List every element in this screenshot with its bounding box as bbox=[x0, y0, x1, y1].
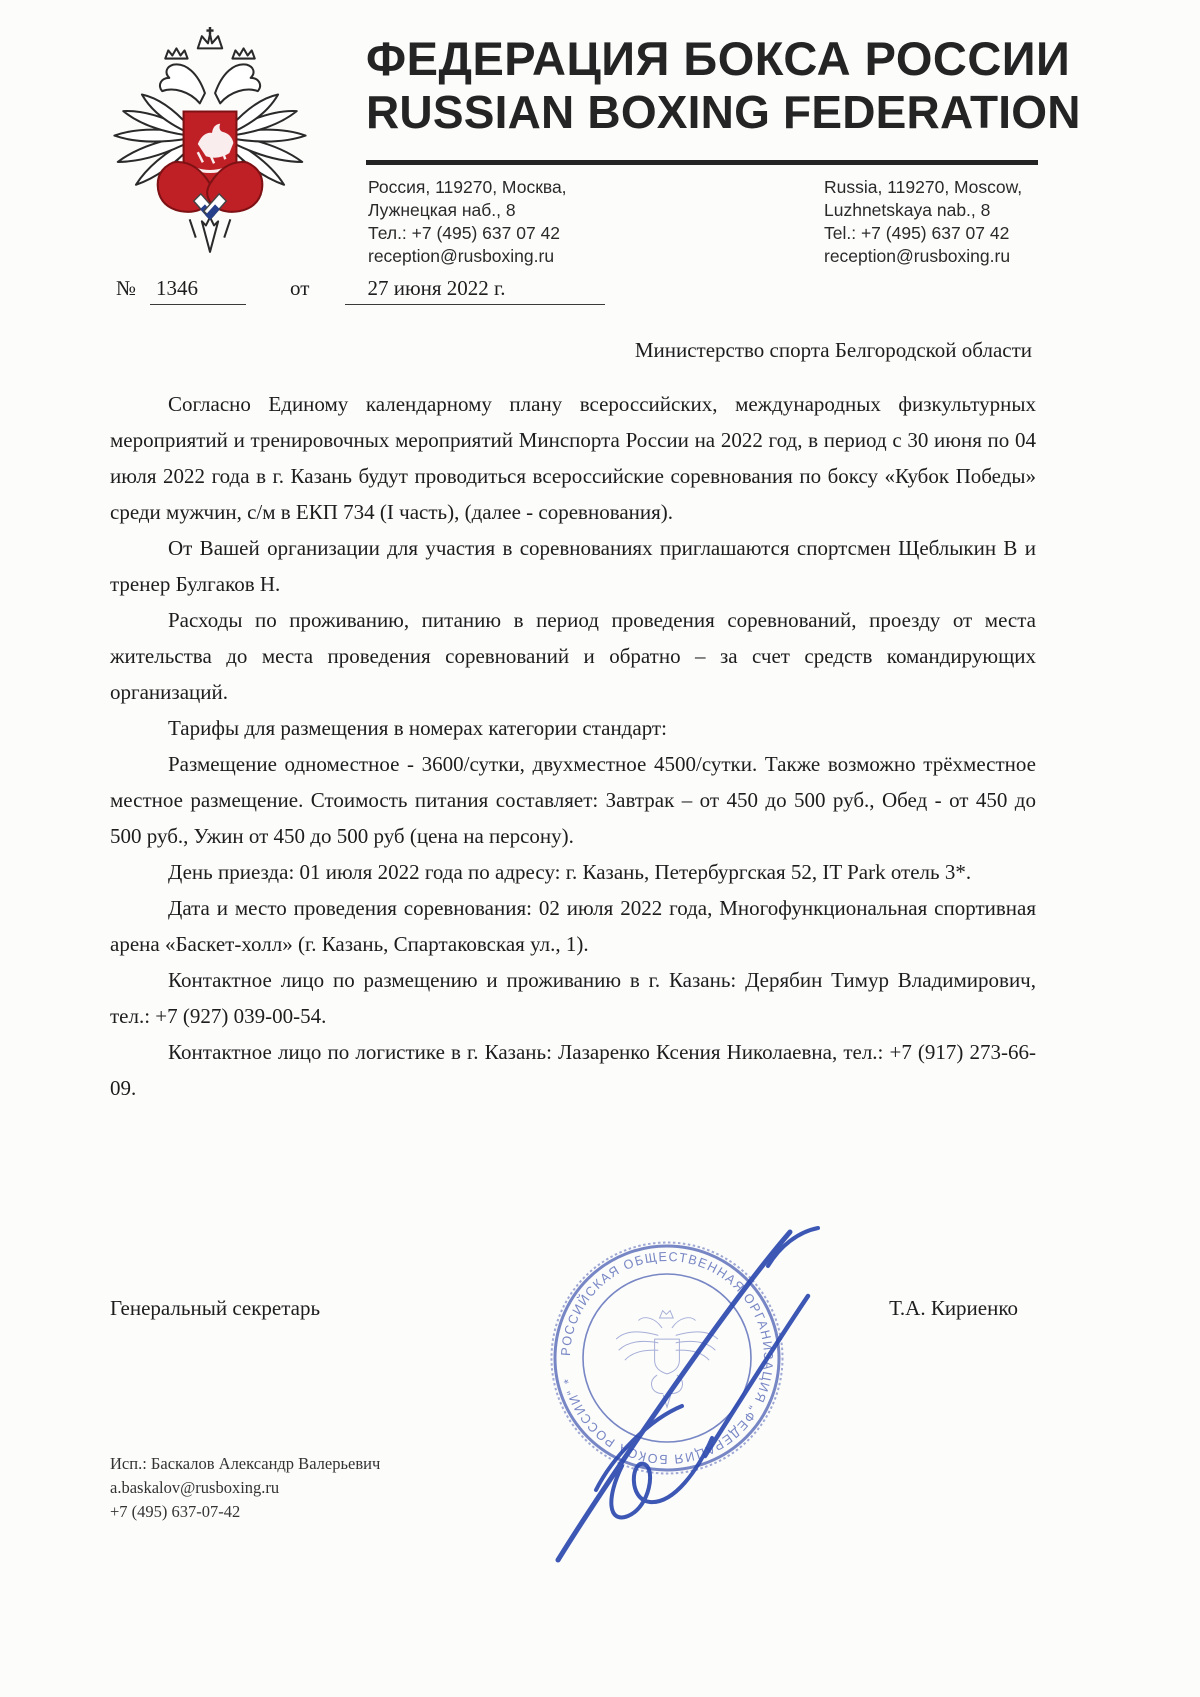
address-en-line: Tel.: +7 (495) 637 07 42 bbox=[824, 222, 1022, 245]
address-ru-line: Тел.: +7 (495) 637 07 42 bbox=[368, 222, 567, 245]
header-divider bbox=[366, 160, 1038, 165]
paragraph: Дата и место проведения соревнования: 02… bbox=[110, 890, 1036, 962]
executor-name: Исп.: Баскалов Александр Валерьевич bbox=[110, 1452, 380, 1476]
address-ru-line: Лужнецкая наб., 8 bbox=[368, 199, 567, 222]
letter-number: 1346 bbox=[150, 276, 246, 305]
letter-date: 27 июня 2022 г. bbox=[345, 276, 605, 305]
official-stamp: РОССИЙСКАЯ ОБЩЕСТВЕННАЯ ОРГАНИЗАЦИЯ „ФЕД… bbox=[500, 1168, 844, 1576]
signer-title: Генеральный секретарь bbox=[110, 1296, 320, 1321]
reference-line: № 1346 от 27 июня 2022 г. bbox=[116, 276, 605, 305]
paragraph: Контактное лицо по логистике в г. Казань… bbox=[110, 1034, 1036, 1106]
recipient: Министерство спорта Белгородской области bbox=[500, 338, 1032, 363]
stamp-ring-text: РОССИЙСКАЯ ОБЩЕСТВЕННАЯ ОРГАНИЗАЦИЯ „ФЕД… bbox=[558, 1249, 776, 1467]
address-en-line: Russia, 119270, Moscow, bbox=[824, 176, 1022, 199]
address-en: Russia, 119270, Moscow, Luzhnetskaya nab… bbox=[824, 176, 1022, 268]
address-ru: Россия, 119270, Москва, Лужнецкая наб., … bbox=[368, 176, 567, 268]
svg-text:РОССИЙСКАЯ ОБЩЕСТВЕННАЯ ОРГАНИ: РОССИЙСКАЯ ОБЩЕСТВЕННАЯ ОРГАНИЗАЦИЯ „ФЕД… bbox=[558, 1249, 776, 1467]
executor-phone: +7 (495) 637-07-42 bbox=[110, 1500, 380, 1524]
number-label: № bbox=[116, 276, 136, 301]
paragraph: От Вашей организации для участия в сорев… bbox=[110, 530, 1036, 602]
address-ru-line: reception@rusboxing.ru bbox=[368, 245, 567, 268]
eagle-tail bbox=[202, 217, 218, 252]
eagle-left-head bbox=[160, 64, 205, 103]
paragraph: Размещение одноместное - 3600/сутки, дву… bbox=[110, 746, 1036, 854]
federation-logo bbox=[106, 26, 314, 260]
address-en-line: reception@rusboxing.ru bbox=[824, 245, 1022, 268]
letter-page: ФЕДЕРАЦИЯ БОКСА РОССИИ RUSSIAN BOXING FE… bbox=[0, 0, 1200, 1697]
paragraph: Тарифы для размещения в номерах категори… bbox=[110, 710, 1036, 746]
from-label: от bbox=[290, 276, 309, 301]
eagle-right-head bbox=[215, 64, 260, 103]
paragraph: День приезда: 01 июля 2022 года по адрес… bbox=[110, 854, 1036, 890]
org-name-en: RUSSIAN BOXING FEDERATION bbox=[366, 86, 1041, 138]
executor-block: Исп.: Баскалов Александр Валерьевич a.ba… bbox=[110, 1452, 380, 1524]
org-name-ru: ФЕДЕРАЦИЯ БОКСА РОССИИ bbox=[366, 32, 1041, 86]
paragraph: Расходы по проживанию, питанию в период … bbox=[110, 602, 1036, 710]
letter-body: Согласно Единому календарному плану всер… bbox=[110, 386, 1036, 1106]
paragraph: Контактное лицо по размещению и проживан… bbox=[110, 962, 1036, 1034]
paragraph: Согласно Единому календарному плану всер… bbox=[110, 386, 1036, 530]
address-ru-line: Россия, 119270, Москва, bbox=[368, 176, 567, 199]
address-en-line: Luzhnetskaya nab., 8 bbox=[824, 199, 1022, 222]
signer-name: Т.А. Кириенко bbox=[889, 1296, 1018, 1321]
executor-email: a.baskalov@rusboxing.ru bbox=[110, 1476, 380, 1500]
